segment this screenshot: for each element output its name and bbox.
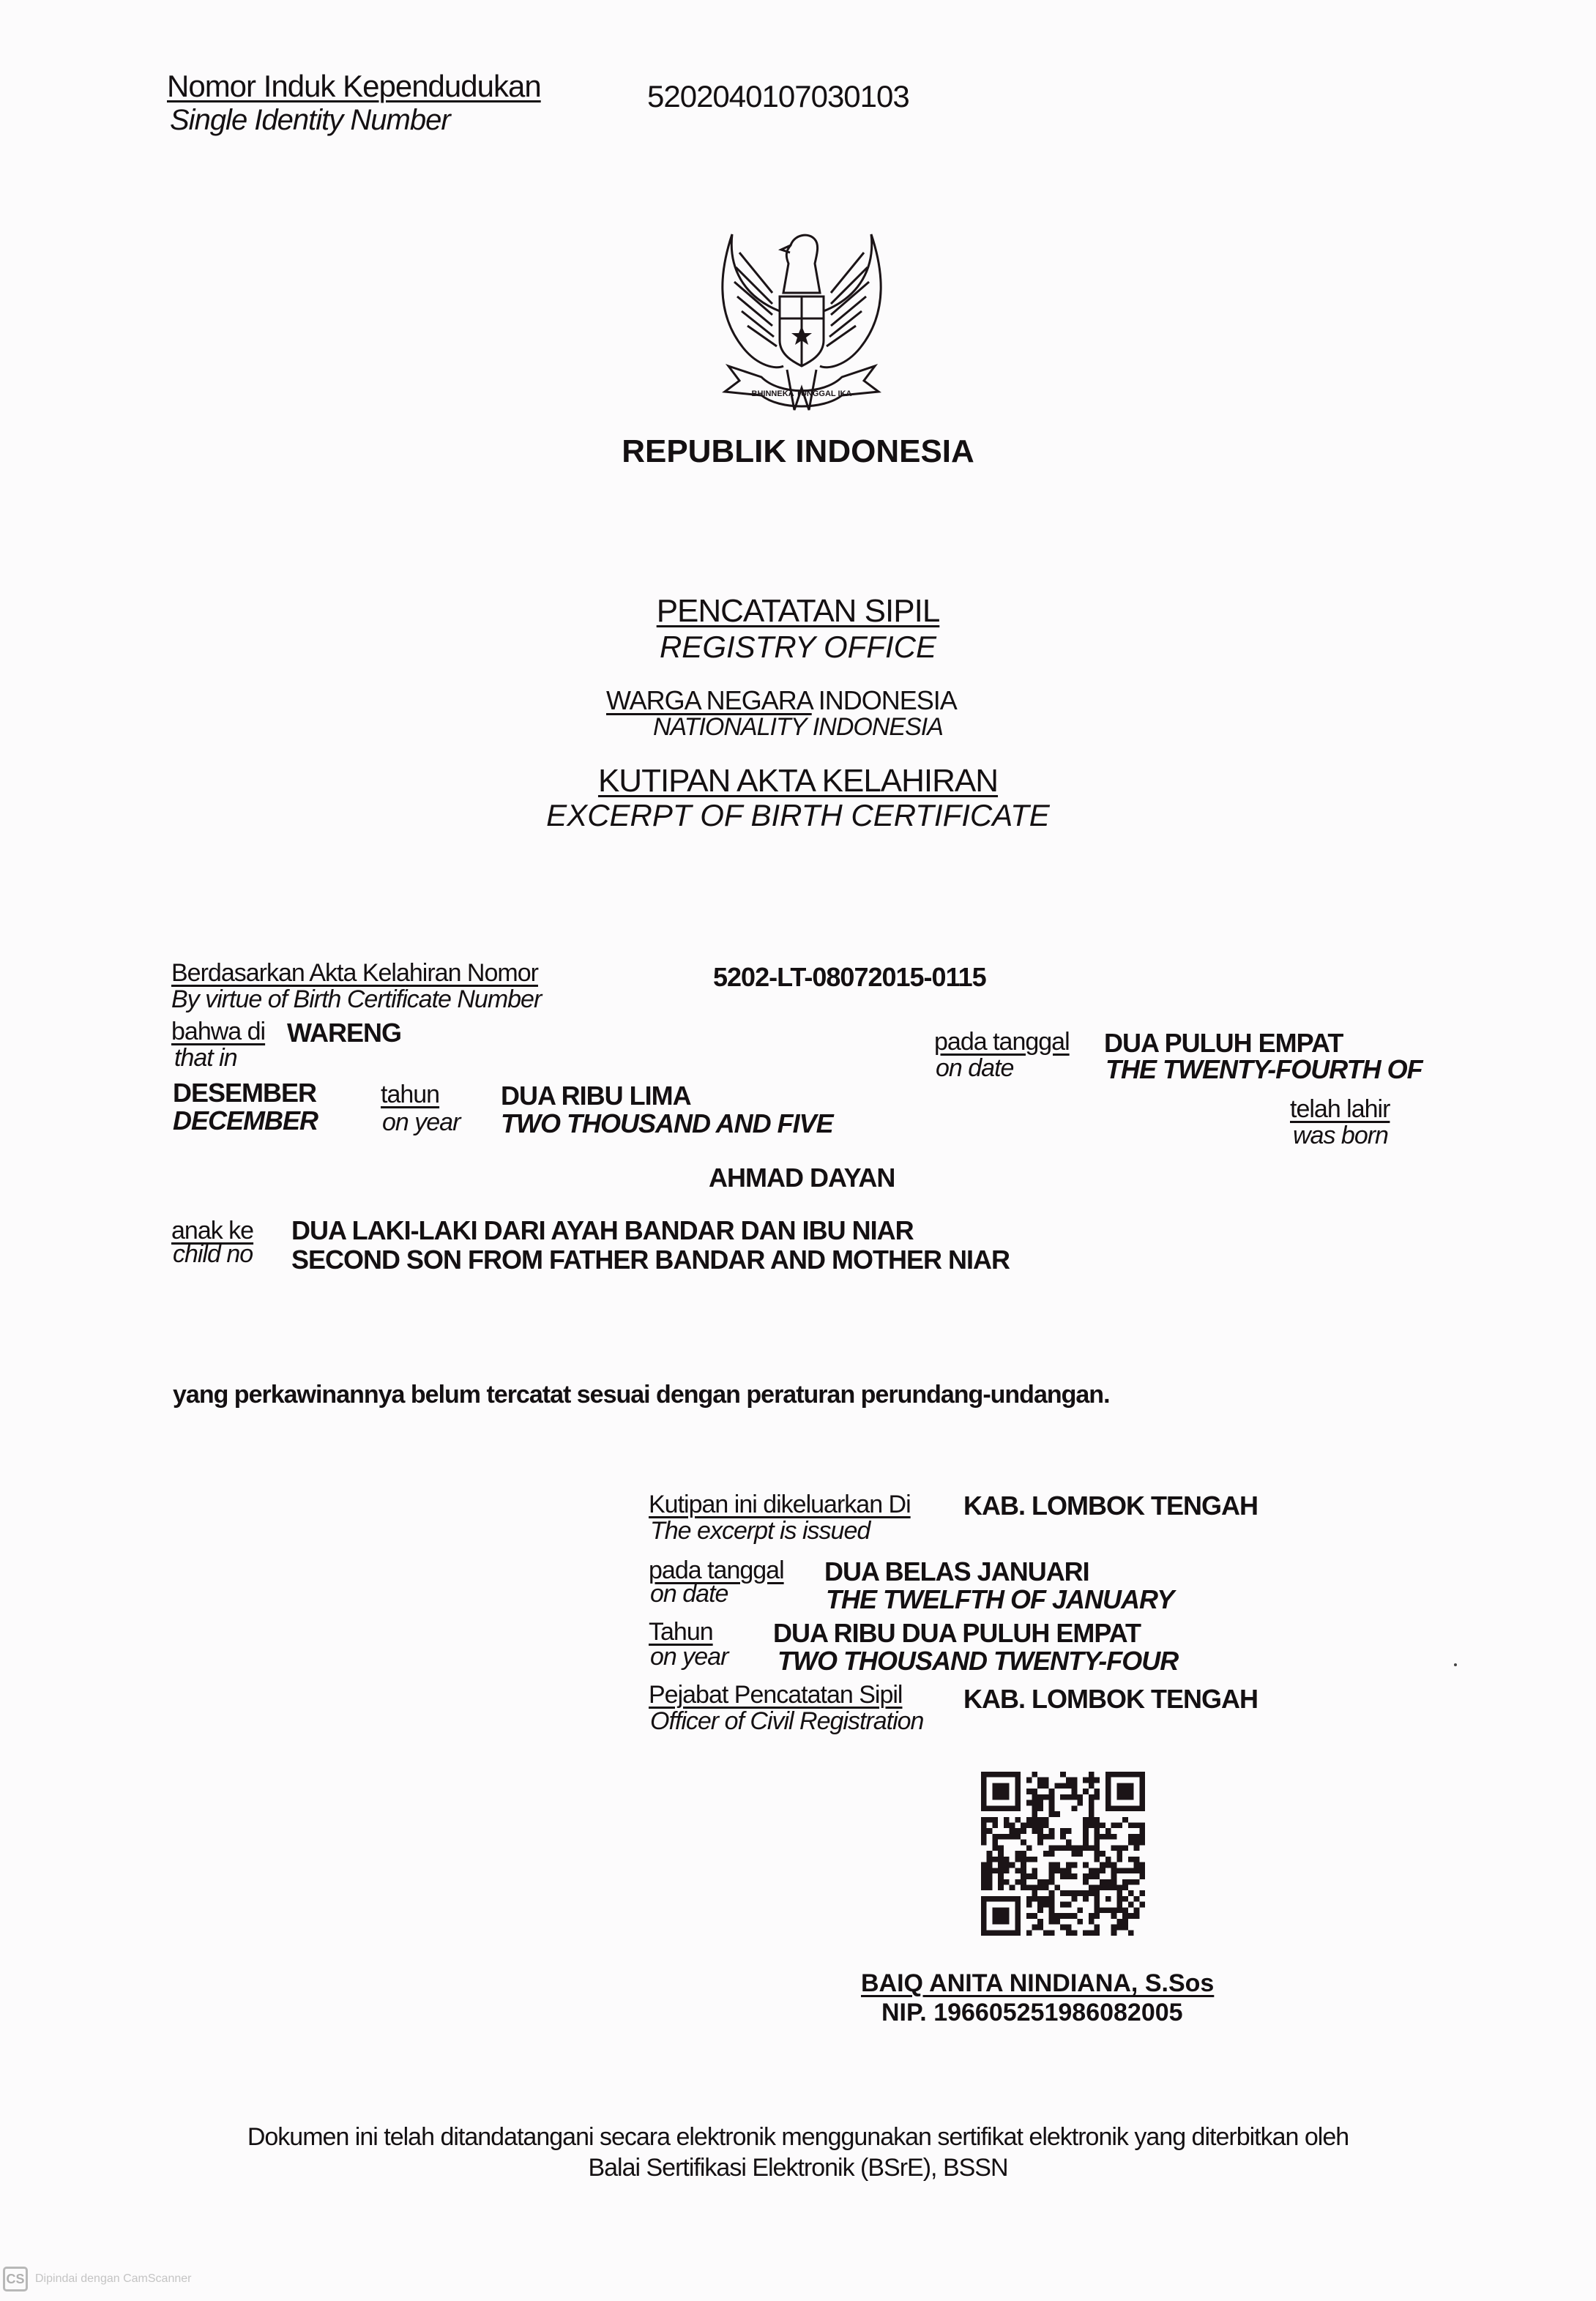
- certificate-label: Berdasarkan Akta Kelahiran Nomor: [171, 959, 538, 988]
- child-name: AHMAD DAYAN: [709, 1163, 895, 1193]
- registry-label: PENCATATAN SIPIL: [0, 593, 1596, 630]
- place-label: bahwa di: [171, 1018, 265, 1046]
- camscanner-logo-icon: CS: [3, 2267, 28, 2291]
- nationality-label-en: NATIONALITY: [653, 713, 806, 741]
- issue-date-en: THE TWELFTH OF JANUARY: [826, 1584, 1174, 1615]
- nik-label: Nomor Induk Kependudukan: [167, 69, 541, 104]
- nik-value: 5202040107030103: [647, 79, 909, 114]
- country-title: REPUBLIK INDONESIA: [0, 433, 1596, 470]
- date-label-en: on date: [936, 1054, 1013, 1083]
- esign-note-line1: Dokumen ini telah ditandatangani secara …: [0, 2123, 1596, 2152]
- place-label-en: that in: [174, 1044, 237, 1073]
- issue-date-label-en: on date: [650, 1580, 728, 1608]
- document-title: KUTIPAN AKTA KELAHIRAN: [0, 763, 1596, 799]
- marriage-note: yang perkawinannya belum tercatat sesuai…: [173, 1381, 1110, 1409]
- document-title-en: EXCERPT OF BIRTH CERTIFICATE: [0, 798, 1596, 833]
- officer-office: KAB. LOMBOK TENGAH: [963, 1684, 1258, 1715]
- issue-year: DUA RIBU DUA PULUH EMPAT: [773, 1618, 1141, 1649]
- issue-year-en: TWO THOUSAND TWENTY-FOUR: [778, 1646, 1178, 1677]
- certificate-label-en: By virtue of Birth Certificate Number: [171, 985, 541, 1014]
- child-description-en: SECOND SON FROM FATHER BANDAR AND MOTHER…: [291, 1245, 1010, 1275]
- year-label-en: on year: [382, 1108, 460, 1137]
- nationality-label: WARGA NEGARA: [606, 685, 812, 715]
- nationality-row: WARGA NEGARA INDONESIA: [606, 685, 957, 716]
- birth-place: WARENG: [287, 1018, 401, 1048]
- child-description: DUA LAKI-LAKI DARI AYAH BANDAR DAN IBU N…: [291, 1215, 914, 1246]
- camscanner-text: Dipindai dengan CamScanner: [35, 2272, 191, 2286]
- officer-label-en: Officer of Civil Registration: [650, 1707, 923, 1736]
- child-no-label-en: child no: [173, 1240, 253, 1269]
- esign-note-line2: Balai Sertifikasi Elektronik (BSrE), BSS…: [0, 2154, 1596, 2182]
- year-label: tahun: [381, 1081, 439, 1109]
- issued-label: Kutipan ini dikeluarkan Di: [649, 1491, 911, 1519]
- issue-year-label-en: on year: [650, 1643, 728, 1671]
- signer-nip: NIP. 196605251986082005: [881, 1999, 1183, 2027]
- signer-name: BAIQ ANITA NINDIANA, S.Sos: [861, 1969, 1214, 1998]
- issued-label-en: The excerpt is issued: [650, 1517, 870, 1545]
- nationality-value: INDONESIA: [818, 685, 957, 715]
- birth-month: DESEMBER: [173, 1078, 316, 1108]
- nik-label-en: Single Identity Number: [170, 104, 450, 137]
- garuda-emblem-icon: BHINNEKA TUNGGAL IKA: [699, 223, 904, 428]
- birth-year: DUA RIBU LIMA: [501, 1081, 691, 1111]
- camscanner-watermark: CS Dipindai dengan CamScanner: [3, 2267, 191, 2291]
- registry-label-en: REGISTRY OFFICE: [0, 630, 1596, 665]
- officer-label: Pejabat Pencatatan Sipil: [649, 1681, 902, 1709]
- born-label-en: was born: [1293, 1122, 1388, 1150]
- issue-date: DUA BELAS JANUARI: [824, 1556, 1089, 1587]
- nationality-row-en: NATIONALITY INDONESIA: [653, 713, 943, 742]
- scan-speck: [1454, 1663, 1457, 1666]
- issued-place: KAB. LOMBOK TENGAH: [963, 1491, 1258, 1521]
- birth-day-en: THE TWENTY-FOURTH OF: [1105, 1054, 1422, 1085]
- emblem-ribbon-text: BHINNEKA TUNGGAL IKA: [752, 389, 852, 398]
- qr-code-icon[interactable]: [981, 1772, 1145, 1936]
- certificate-number: 5202-LT-08072015-0115: [713, 962, 986, 993]
- birth-month-en: DECEMBER: [173, 1105, 318, 1136]
- birth-year-en: TWO THOUSAND AND FIVE: [501, 1108, 833, 1139]
- nationality-value-en: INDONESIA: [813, 713, 943, 741]
- date-label: pada tanggal: [934, 1028, 1070, 1056]
- born-label: telah lahir: [1290, 1095, 1390, 1124]
